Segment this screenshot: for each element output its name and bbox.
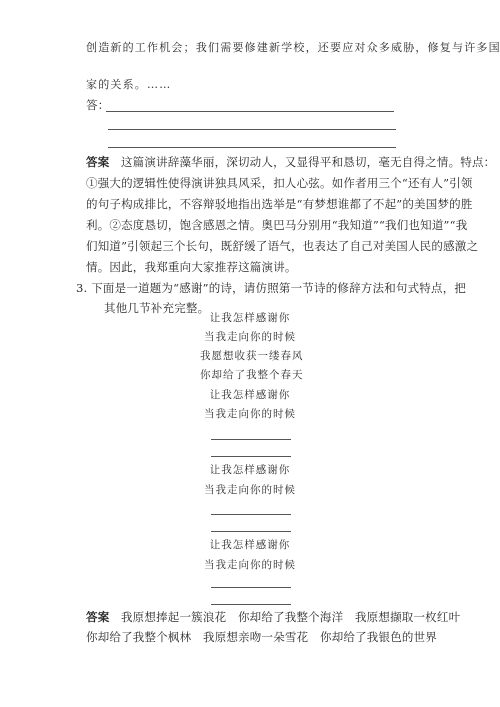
poem-blank-line <box>211 439 291 440</box>
poem-blank-line <box>211 531 291 532</box>
answer-blank-line-2 <box>108 129 396 130</box>
poem-line: 当我走向你的时候 <box>200 408 300 421</box>
poem-blank-line <box>211 604 291 605</box>
question3-line-1: 3. 下面是一道题为“感谢”的诗，请仿照第一节诗的修辞方法和句式特点，把 <box>76 281 466 295</box>
poem-blank-line <box>211 587 291 588</box>
answer2-text-1: 我原想捧起一簇浪花 你却给了我整个海洋 我原想撷取一枚红叶 <box>121 610 460 624</box>
poem-line: 当我走向你的时候 <box>200 559 300 572</box>
answer-blank-line-1 <box>106 111 394 112</box>
question3-text-1: 下面是一道题为“感谢”的诗，请仿照第一节诗的修辞方法和句式特点，把 <box>91 281 466 295</box>
poem-line: 你却给了我整个春天 <box>200 369 300 382</box>
prev-question-line-1: 创造新的工作机会；我们需要修建新学校，还要应对众多威胁，修复与许多国 <box>86 41 500 55</box>
answer2-line-2: 你却给了我整个枫林 我原想亲吻一朵雪花 你却给了我银色的世界 <box>86 630 437 644</box>
poem-line: 让我怎样感谢你 <box>200 312 300 325</box>
answer2-line-1: 答案 我原想捧起一簇浪花 你却给了我整个海洋 我原想撷取一枚红叶 <box>86 610 460 624</box>
answer1-text-1: 这篇演讲辞藻华丽，深切动人，又显得平和恳切，毫无自得之情。特点： <box>121 155 495 169</box>
poem-blank-line <box>211 456 291 457</box>
question3-line-2: 其他几节补充完整。 <box>104 301 209 315</box>
answer1-line-1: 答案 这篇演讲辞藻华丽，深切动人，又显得平和恳切，毫无自得之情。特点： <box>86 155 495 169</box>
poem-line: 当我走向你的时候 <box>200 484 300 497</box>
answer1-line-6: 情。因此，我郑重向大家推荐这篇演讲。 <box>86 260 297 274</box>
poem-blank-line <box>211 514 291 515</box>
poem-line: 当我走向你的时候 <box>200 331 300 344</box>
poem-line: 让我怎样感谢你 <box>200 464 300 477</box>
answer1-line-3: 的句子构成排比，不容辩驳地指出选举是“有梦想谁都了不起”的美国梦的胜 <box>86 197 473 211</box>
answer-label: 答： <box>86 98 109 112</box>
answer1-line-4: 利。②态度恳切，饱含感恩之情。奥巴马分别用“我知道”“我们也知道”“我 <box>86 218 467 232</box>
poem-line: 让我怎样感谢你 <box>200 539 300 552</box>
poem-line: 让我怎样感谢你 <box>200 389 300 402</box>
answer1-label: 答案 <box>86 155 109 169</box>
answer-blank-line-3 <box>108 147 396 148</box>
answer2-label: 答案 <box>86 610 109 624</box>
question-number: 3. <box>76 281 87 295</box>
poem-line: 我愿想收获一缕春风 <box>200 350 300 363</box>
answer1-line-2: ①强大的逻辑性使得演讲独具风采，扣人心弦。如作者用三个“还有人”引领 <box>86 176 473 190</box>
answer1-line-5: 们知道”引领起三个长句，既舒缓了语气，也表达了自己对美国人民的感激之 <box>86 239 478 253</box>
prev-question-line-2: 家的关系。…… <box>86 78 171 92</box>
